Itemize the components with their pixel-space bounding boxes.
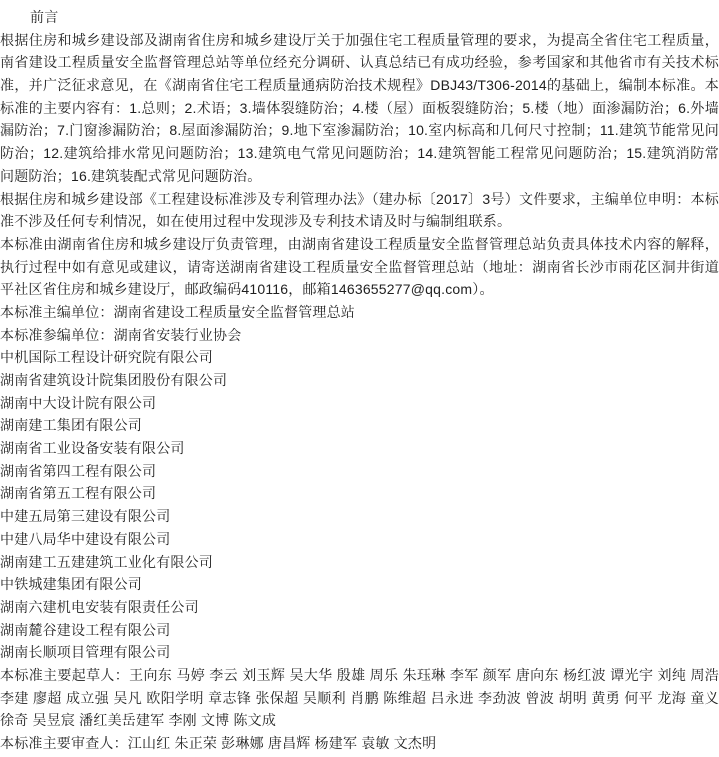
- text-line: 湖南中大设计院有限公司: [0, 392, 719, 415]
- text-line: 湖南省工业设备安装有限公司: [0, 437, 719, 460]
- text-line: 本标准参编单位：湖南省安装行业协会: [0, 324, 719, 347]
- text-line: 根据住房和城乡建设部及湖南省住房和城乡建设厅关于加强住宅工程质量管理的要求，为提…: [0, 29, 719, 52]
- text-line: 执行过程中如有意见或建议，请寄送湖南省建设工程质量安全监督管理总站（地址：湖南省…: [0, 256, 719, 279]
- text-line: 漏防治；7.门窗渗漏防治；8.屋面渗漏防治；9.地下室渗漏防治；10.室内标高和…: [0, 119, 719, 142]
- text-line: 湖南建工五建建筑工业化有限公司: [0, 551, 719, 574]
- text-line: 中机国际工程设计研究院有限公司: [0, 346, 719, 369]
- text-line: 平社区省住房和城乡建设厅，邮政编码410116，邮箱1463655277@qq.…: [0, 278, 719, 301]
- page-title: 前言: [0, 6, 719, 29]
- text-line: 李建 廖超 成立强 吴凡 欧阳学明 章志锋 张保超 吴顺利 肖鹏 陈维超 吕永进…: [0, 687, 719, 710]
- text-line: 本标准由湖南省住房和城乡建设厅负责管理，由湖南省建设工程质量安全监督管理总站负责…: [0, 233, 719, 256]
- text-line: 准，并广泛征求意见，在《湖南省住宅工程质量通病防治技术规程》DBJ43/T306…: [0, 74, 719, 97]
- text-line: 本标准主编单位：湖南省建设工程质量安全监督管理总站: [0, 301, 719, 324]
- text-line: 防治；12.建筑给排水常见问题防治；13.建筑电气常见问题防治；14.建筑智能工…: [0, 142, 719, 165]
- text-line: 本标准主要审查人：江山红 朱正荣 彭琳娜 唐昌辉 杨建军 袁敏 文杰明: [0, 732, 719, 755]
- text-line: 湖南省第五工程有限公司: [0, 482, 719, 505]
- text-line: 湖南麓谷建设工程有限公司: [0, 619, 719, 642]
- text-line: 标准的主要内容有：1.总则；2.术语；3.墙体裂缝防治；4.楼（屋）面板裂缝防治…: [0, 97, 719, 120]
- text-line: 准不涉及任何专利情况，如在使用过程中发现涉及专利技术请及时与编制组联系。: [0, 210, 719, 233]
- text-line: 中建八局华中建设有限公司: [0, 528, 719, 551]
- text-line: 南省建设工程质量安全监督管理总站等单位经充分调研、认真总结已有成功经验，参考国家…: [0, 51, 719, 74]
- document-page: 前言 根据住房和城乡建设部及湖南省住房和城乡建设厅关于加强住宅工程质量管理的要求…: [0, 0, 719, 757]
- text-line: 湖南长顺项目管理有限公司: [0, 641, 719, 664]
- text-line: 本标准主要起草人：王向东 马婷 李云 刘玉辉 吴大华 殷雄 周乐 朱珏琳 李军 …: [0, 664, 719, 687]
- text-line: 湖南省建筑设计院集团股份有限公司: [0, 369, 719, 392]
- text-line: 根据住房和城乡建设部《工程建设标准涉及专利管理办法》（建办标〔2017〕3号）文…: [0, 188, 719, 211]
- text-line: 湖南省第四工程有限公司: [0, 460, 719, 483]
- text-line: 徐奇 吴昱宸 潘红美岳建军 李刚 文博 陈文成: [0, 709, 719, 732]
- text-line: 湖南建工集团有限公司: [0, 414, 719, 437]
- text-line: 中铁城建集团有限公司: [0, 573, 719, 596]
- text-line: 问题防治；16.建筑装配式常见问题防治。: [0, 165, 719, 188]
- text-line: 中建五局第三建设有限公司: [0, 505, 719, 528]
- text-line: 湖南六建机电安装有限责任公司: [0, 596, 719, 619]
- document-body: 根据住房和城乡建设部及湖南省住房和城乡建设厅关于加强住宅工程质量管理的要求，为提…: [0, 29, 719, 755]
